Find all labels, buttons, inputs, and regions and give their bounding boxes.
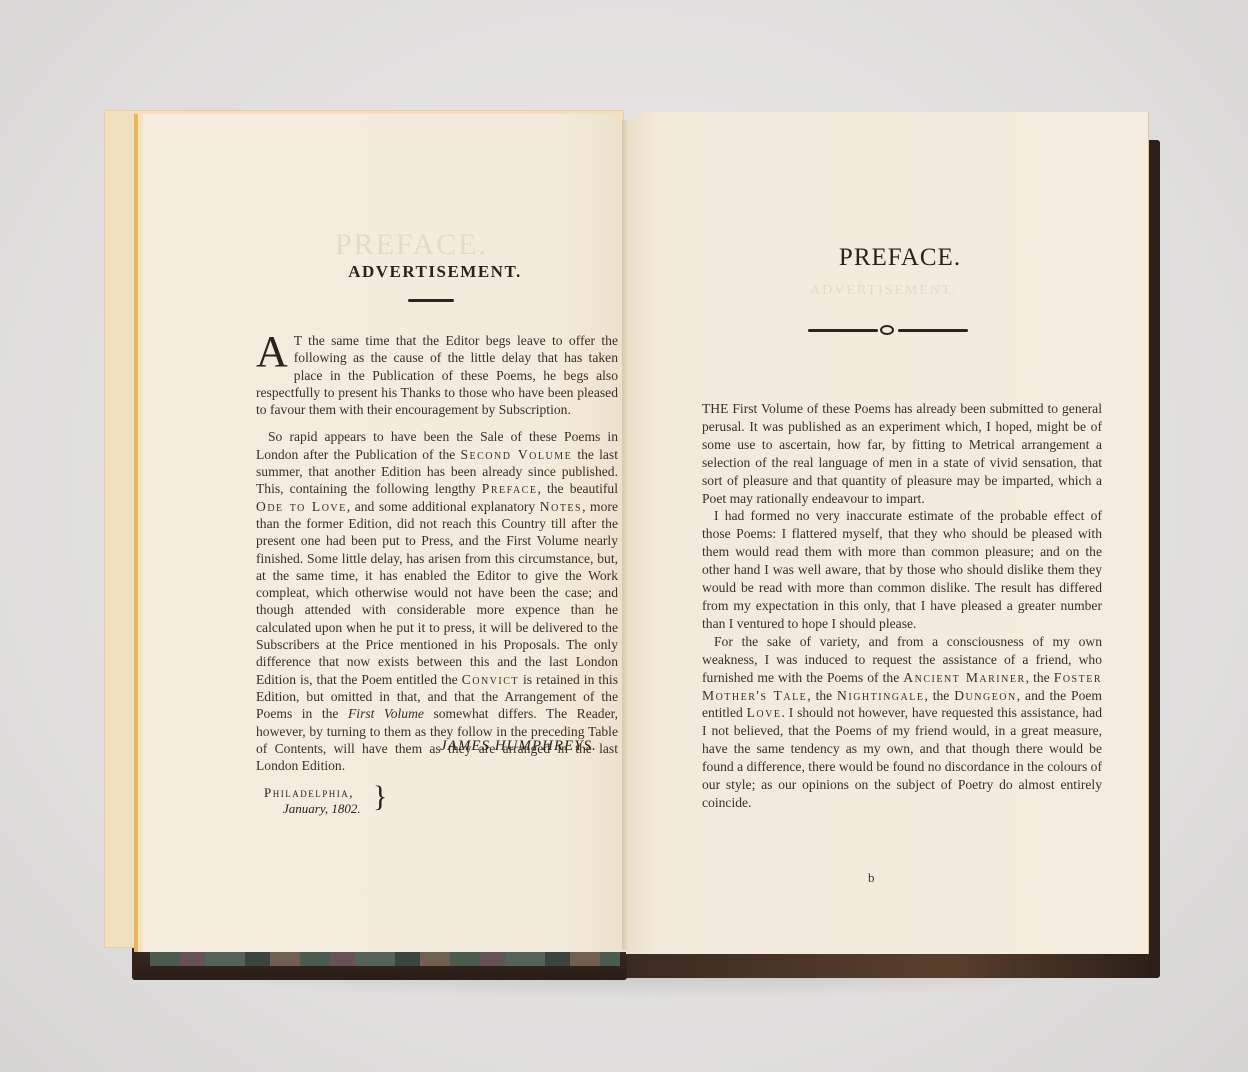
advertisement-paragraph-2: So rapid appears to have been the Sale o… xyxy=(256,428,618,774)
advertisement-body: AT the same time that the Editor begs le… xyxy=(256,332,618,774)
decorative-rule xyxy=(408,299,454,302)
preface-paragraph-1: THE First Volume of these Poems has alre… xyxy=(702,400,1102,507)
ghost-heading-right: ADVERTISEMENT. xyxy=(810,283,957,299)
ghost-heading-left: PREFACE. xyxy=(335,228,488,262)
advertisement-heading: ADVERTISEMENT. xyxy=(250,262,620,282)
advertisement-paragraph-1: AT the same time that the Editor begs le… xyxy=(256,332,618,418)
place: Philadelphia, xyxy=(264,785,354,801)
signature: JAMES HUMPHREYS. xyxy=(440,738,597,755)
book-gutter xyxy=(622,120,630,950)
signature-mark: b xyxy=(868,870,875,886)
preface-paragraph-3: For the sake of variety, and from a cons… xyxy=(702,633,1102,812)
preface-body: THE First Volume of these Poems has alre… xyxy=(702,400,1102,812)
drop-cap: A xyxy=(256,334,288,370)
brace: } xyxy=(373,780,387,814)
preface-heading: PREFACE. xyxy=(780,244,1020,272)
preface-paragraph-2: I had formed no very inaccurate estimate… xyxy=(702,507,1102,632)
ornament-rule-icon xyxy=(808,324,968,338)
date: January, 1802. xyxy=(283,801,361,817)
